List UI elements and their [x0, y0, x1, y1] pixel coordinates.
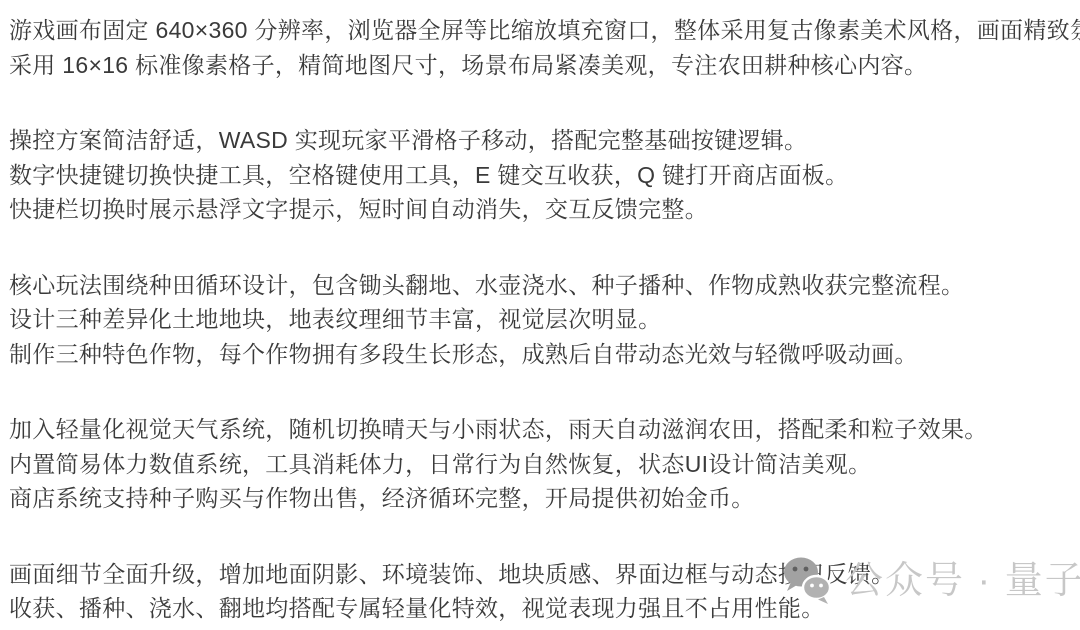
text-line: 制作三种特色作物，每个作物拥有多段生长形态，成熟后自带动态光效与轻微呼吸动画。 — [9, 341, 918, 367]
watermark: 公众号 · 量子位 — [783, 556, 1080, 606]
paragraph-gameplay: 核心玩法围绕种田循环设计，包含锄头翻地、水壶浇水、种子播种、作物成熟收获完整流程… — [9, 268, 1080, 372]
text-line: 收获、播种、浇水、翻地均搭配专属轻量化特效，视觉表现力强且不占用性能。 — [9, 595, 825, 621]
wechat-icon — [783, 556, 833, 606]
document-body: 游戏画布固定 640×360 分辨率，浏览器全屏等比缩放填充窗口，整体采用复古像… — [9, 13, 1080, 626]
paragraph-canvas-spec: 游戏画布固定 640×360 分辨率，浏览器全屏等比缩放填充窗口，整体采用复古像… — [9, 13, 1080, 82]
text-line: 设计三种差异化土地地块，地表纹理细节丰富，视觉层次明显。 — [9, 306, 661, 332]
text-line: 商店系统支持种子购买与作物出售，经济循环完整，开局提供初始金币。 — [9, 485, 755, 511]
text-line: 游戏画布固定 640×360 分辨率，浏览器全屏等比缩放填充窗口，整体采用复古像… — [9, 17, 1080, 43]
text-line: 画面细节全面升级，增加地面阴影、环境装饰、地块质感、界面边框与动态按钮反馈。 — [9, 561, 894, 587]
paragraph-systems: 加入轻量化视觉天气系统，随机切换晴天与小雨状态，雨天自动滋润农田，搭配柔和粒子效… — [9, 412, 1080, 516]
text-line: 采用 16×16 标准像素格子，精简地图尺寸，场景布局紧凑美观，专注农田耕种核心… — [9, 52, 927, 78]
text-line: 核心玩法围绕种田循环设计，包含锄头翻地、水壶浇水、种子播种、作物成熟收获完整流程… — [9, 272, 964, 298]
text-line: 内置简易体力数值系统，工具消耗体力，日常行为自然恢复，状态UI设计简洁美观。 — [9, 451, 871, 477]
paragraph-controls: 操控方案简洁舒适，WASD 实现玩家平滑格子移动，搭配完整基础按键逻辑。 数字快… — [9, 123, 1080, 227]
watermark-label: 公众号 · 量子位 — [845, 556, 1080, 606]
text-line: 数字快捷键切换快捷工具，空格键使用工具，E 键交互收获，Q 键打开商店面板。 — [9, 162, 848, 188]
text-line: 快捷栏切换时展示悬浮文字提示，短时间自动消失，交互反馈完整。 — [9, 196, 708, 222]
text-line: 操控方案简洁舒适，WASD 实现玩家平滑格子移动，搭配完整基础按键逻辑。 — [9, 127, 807, 153]
text-line: 加入轻量化视觉天气系统，随机切换晴天与小雨状态，雨天自动滋润农田，搭配柔和粒子效… — [9, 416, 988, 442]
